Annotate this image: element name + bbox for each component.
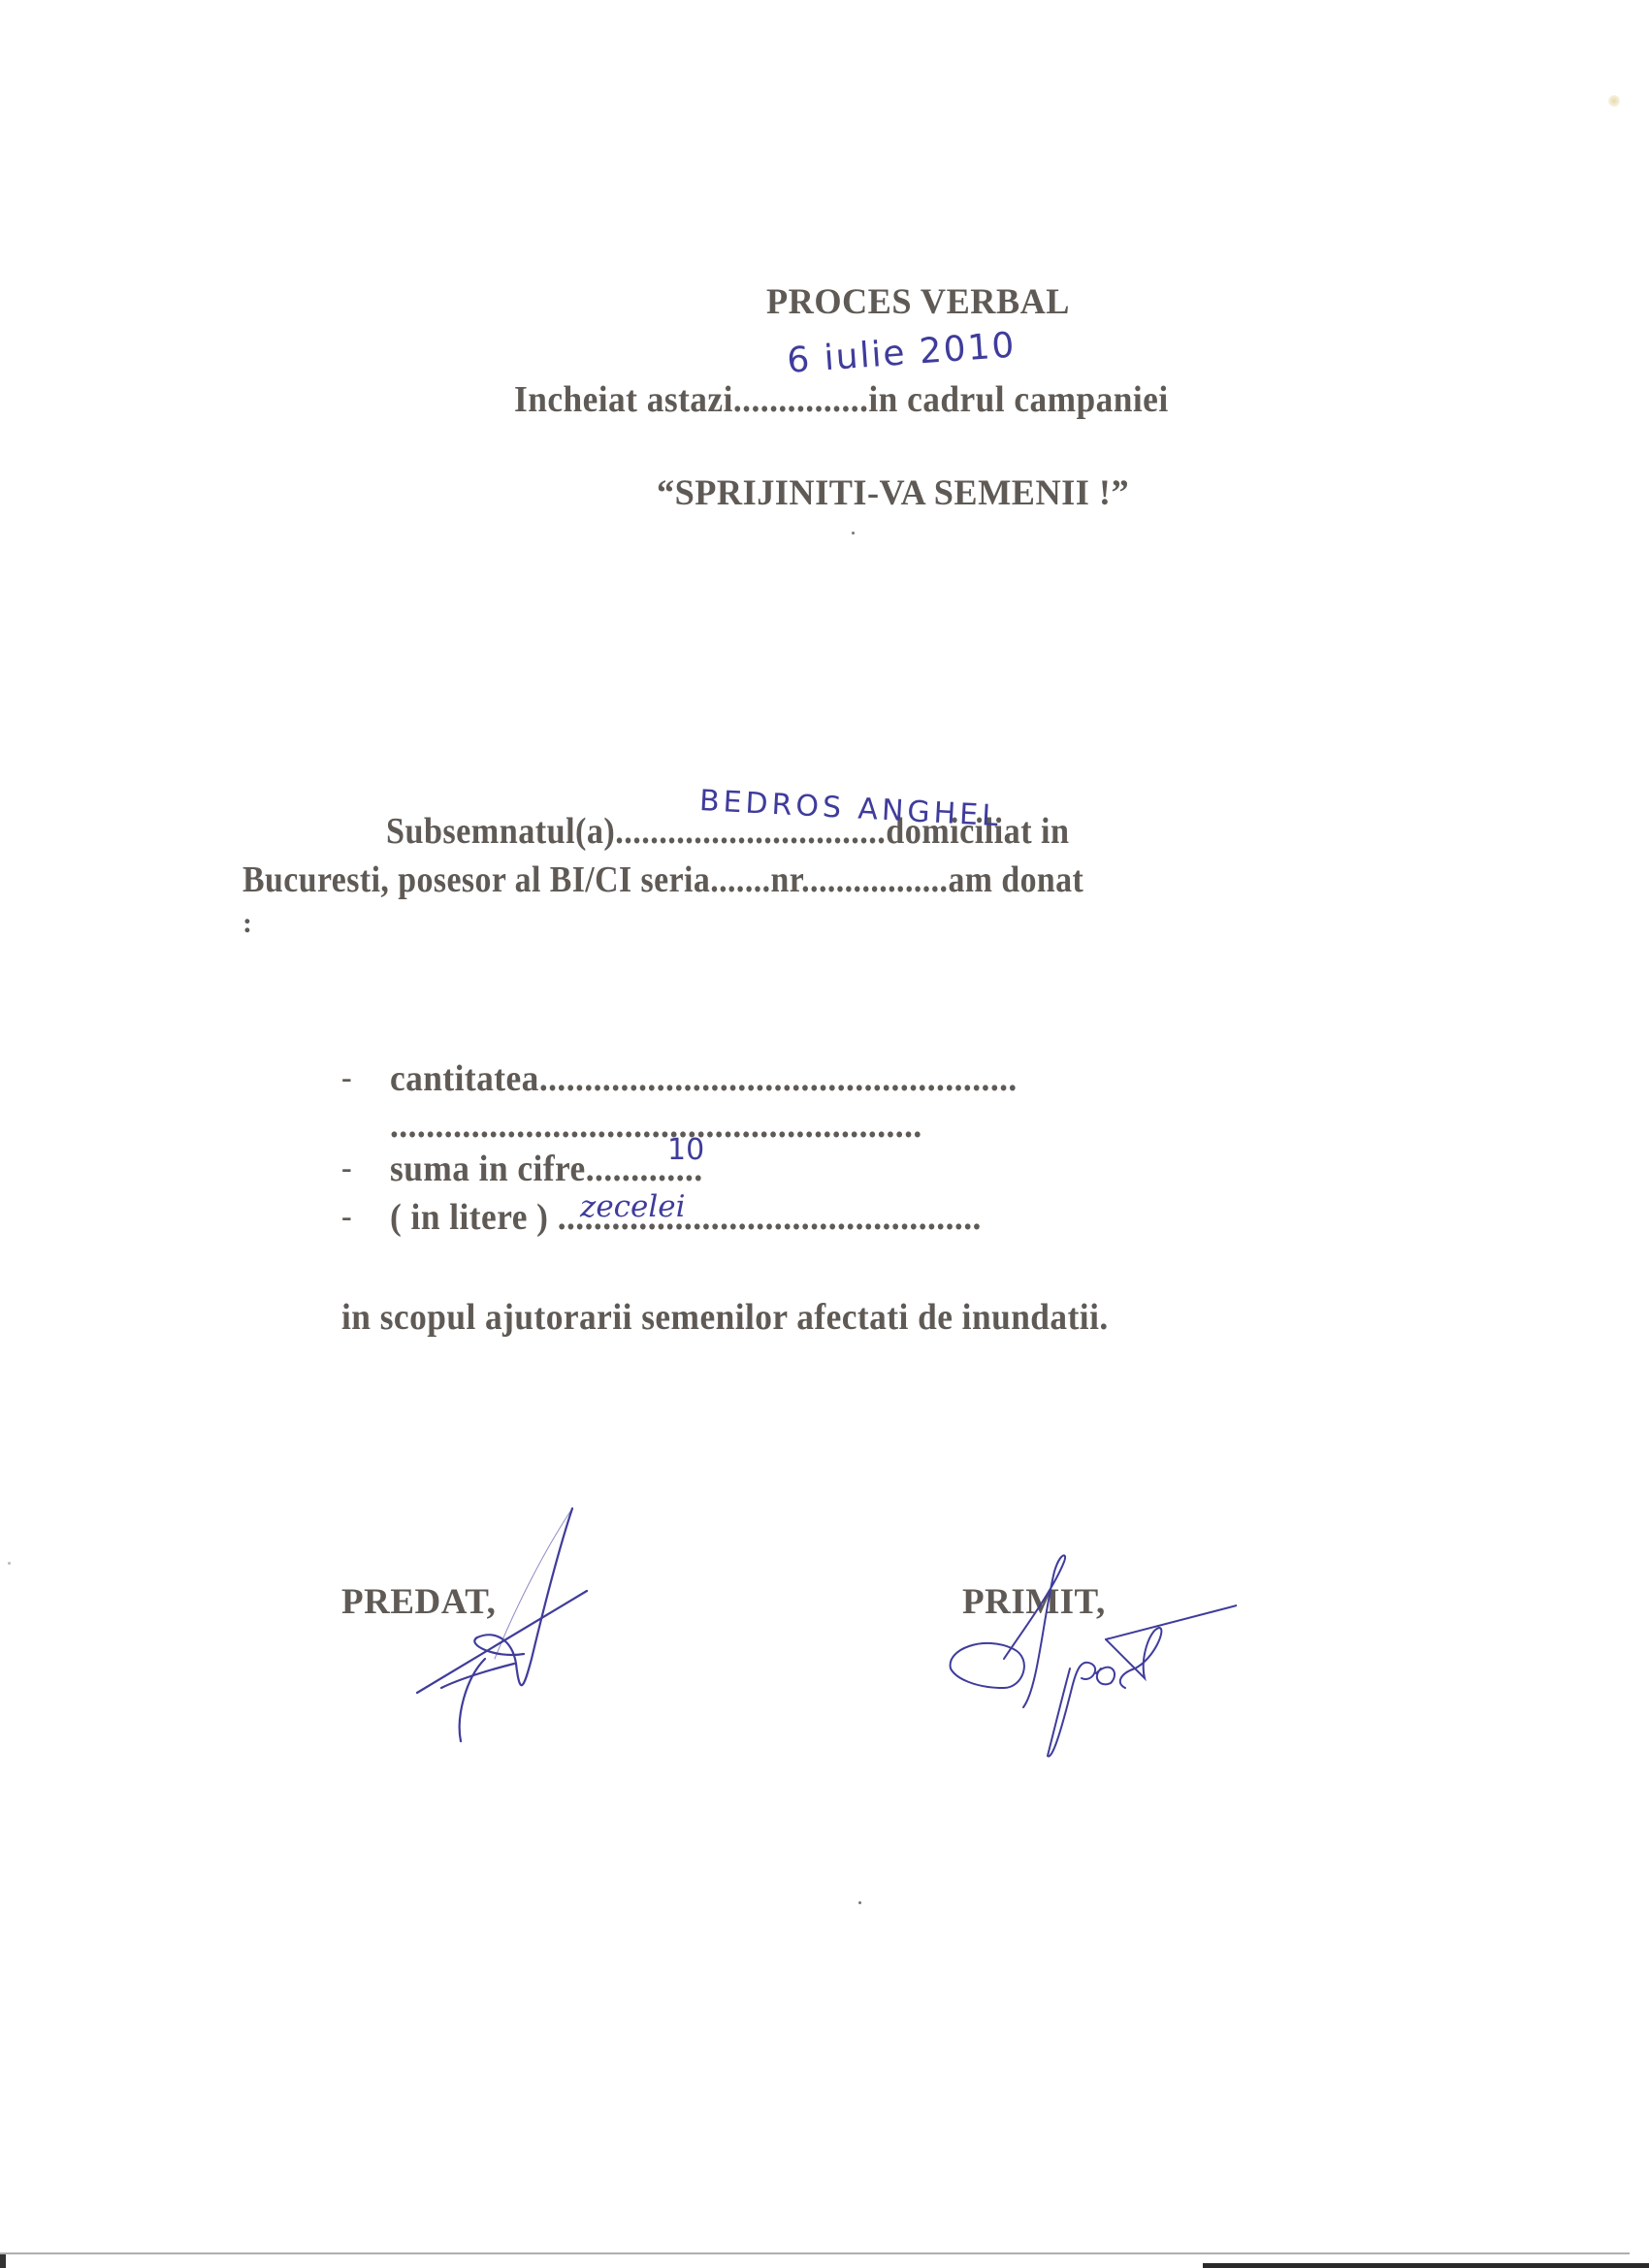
list-item-quantity: cantitatea..............................… bbox=[390, 1057, 1018, 1100]
list-item-quantity-continued: ........................................… bbox=[390, 1104, 922, 1147]
item-label: cantitatea bbox=[390, 1058, 539, 1099]
scanned-document-page: PROCES VERBAL Incheiat astazi...........… bbox=[0, 0, 1649, 2268]
list-dash: - bbox=[341, 1150, 352, 1185]
date-dots: ............... bbox=[733, 379, 869, 420]
list-dash: - bbox=[341, 1059, 352, 1095]
document-title: PROCES VERBAL bbox=[766, 281, 1070, 323]
item-dots: ........................................… bbox=[390, 1105, 922, 1146]
handwritten-date: 6 iulie 2010 bbox=[786, 326, 1018, 381]
declaration-line-2: Bucuresti, posesor al BI/CI seria.......… bbox=[242, 859, 1083, 901]
list-item-sum-digits: suma in cifre............. bbox=[390, 1148, 703, 1190]
scan-edge-shadow bbox=[0, 2254, 6, 2268]
paper-speck bbox=[858, 1901, 861, 1904]
declaration-prefix: Subsemnatul(a) bbox=[386, 811, 615, 852]
signature-recipient bbox=[946, 1552, 1237, 1766]
handwritten-sum-digits: 10 bbox=[667, 1133, 704, 1167]
handwritten-sum-words: zecelei bbox=[580, 1189, 686, 1224]
paper-stain bbox=[1608, 95, 1620, 107]
declaration-line-3: : bbox=[242, 907, 253, 940]
date-prefix: Incheiat astazi bbox=[514, 379, 733, 420]
donation-purpose: in scopul ajutorarii semenilor afectati … bbox=[341, 1296, 1109, 1339]
scan-border-line bbox=[0, 2252, 1630, 2254]
scan-edge-shadow bbox=[1203, 2263, 1649, 2268]
date-suffix: in cadrul campaniei bbox=[868, 379, 1168, 420]
item-label: ( in litere ) bbox=[390, 1197, 558, 1238]
item-label: suma in cifre bbox=[390, 1149, 586, 1189]
date-line: Incheiat astazi...............in cadrul … bbox=[514, 378, 1169, 421]
paper-speck bbox=[8, 1562, 11, 1565]
item-dots: ........................................… bbox=[539, 1058, 1018, 1099]
signature-donor bbox=[369, 1494, 621, 1756]
list-dash: - bbox=[341, 1198, 352, 1234]
paper-speck bbox=[852, 532, 855, 535]
campaign-slogan: “SPRIJINITI-VA SEMENII !” bbox=[657, 472, 1129, 514]
